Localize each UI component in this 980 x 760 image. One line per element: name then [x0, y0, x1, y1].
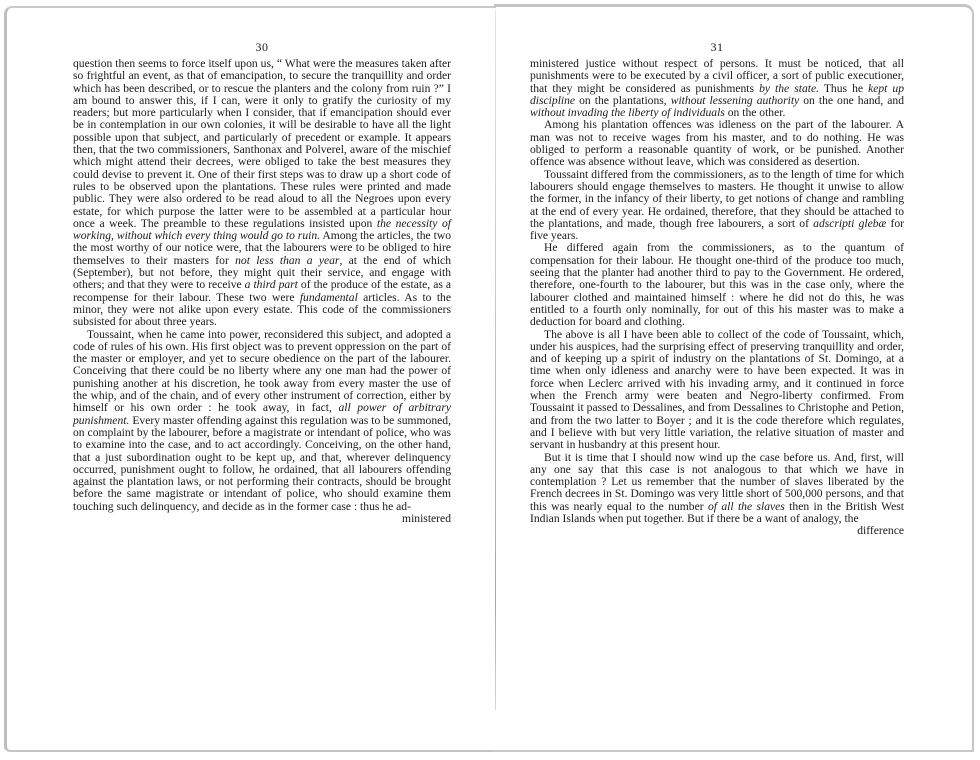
italic-text: of all the slaves — [708, 500, 785, 513]
text-run: on the other. — [725, 106, 786, 119]
body-text: ministered justice without respect of pe… — [530, 58, 904, 525]
paragraph: Among his plantation offences was idlene… — [530, 119, 904, 168]
text-run: on the plantations, — [575, 94, 671, 107]
paragraph: The above is all I have been able to col… — [530, 329, 904, 452]
left-page: 30 question then seems to force itself u… — [73, 40, 451, 525]
text-run: Every master offending against this regu… — [73, 414, 451, 513]
book-spread: 30 question then seems to force itself u… — [0, 0, 980, 760]
italic-text: without lessening authority — [671, 94, 800, 107]
italic-text: fundamental — [300, 291, 358, 304]
text-run: The above is all I have been able to col… — [530, 328, 904, 452]
italic-text: without invading the liberty of individu… — [530, 106, 725, 119]
body-text: question then seems to force itself upon… — [73, 58, 451, 513]
paragraph: He differed again from the commissioners… — [530, 242, 904, 328]
text-run: He differed again from the commissioners… — [530, 241, 904, 328]
page-number: 31 — [530, 40, 904, 56]
paragraph: But it is time that I should now wind up… — [530, 452, 904, 526]
italic-text: adscripti glebæ — [813, 217, 886, 230]
catchword: difference — [530, 525, 904, 537]
italic-text: a third part — [245, 278, 298, 291]
catchword: ministered — [73, 513, 451, 525]
gutter-divider — [495, 10, 496, 710]
text-run: question then seems to force itself upon… — [73, 57, 451, 230]
right-page: 31 ministered justice without respect of… — [530, 40, 904, 538]
text-run: Among his plantation offences was idlene… — [530, 118, 904, 168]
italic-text: not less than a year — [235, 254, 339, 267]
italic-text: by the state. — [759, 82, 819, 95]
paragraph: question then seems to force itself upon… — [73, 58, 451, 329]
text-run: Thus he — [819, 82, 868, 95]
text-run: on the one hand, and — [799, 94, 904, 107]
paragraph: Toussaint, when he came into power, reco… — [73, 329, 451, 513]
paragraph: Toussaint differed from the commissioner… — [530, 169, 904, 243]
paragraph: ministered justice without respect of pe… — [530, 58, 904, 119]
page-number: 30 — [73, 40, 451, 56]
